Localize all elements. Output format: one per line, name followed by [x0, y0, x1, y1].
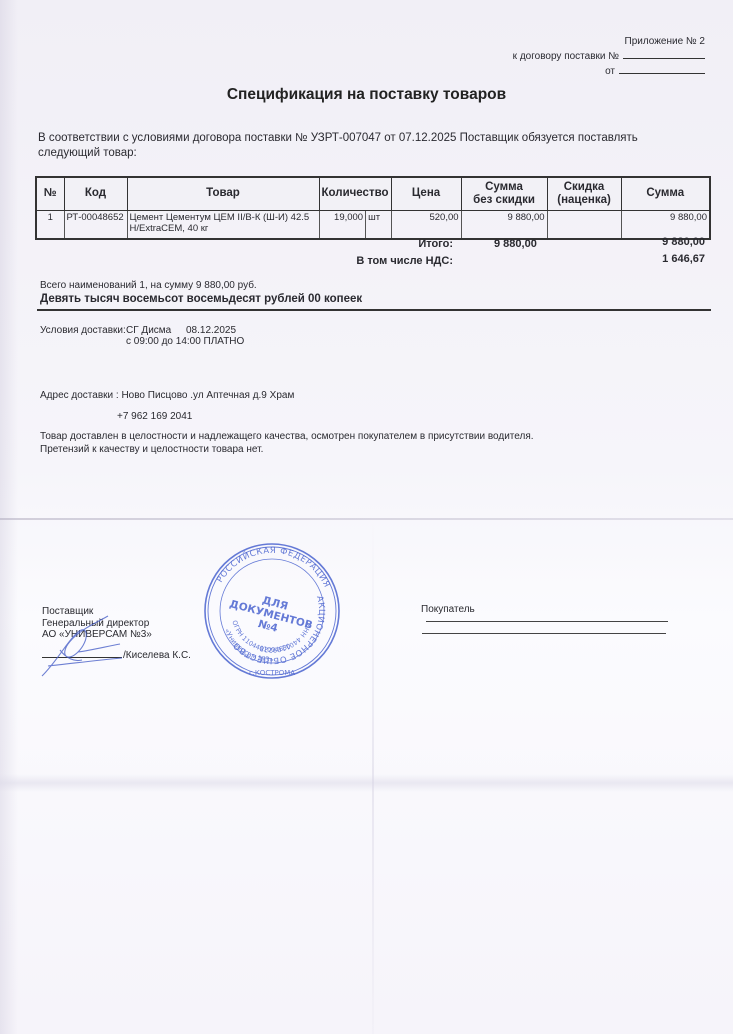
col-header-num: №: [36, 177, 64, 210]
specification-table: № Код Товар Количество Цена Суммабез ски…: [35, 176, 711, 240]
buyer-label: Покупатель: [421, 604, 475, 615]
cell-unit: шт: [366, 210, 391, 239]
paper-fold: [0, 774, 733, 792]
table-row: 1 РТ-00048652 Цемент Цементум ЦЕМ II/В-К…: [36, 210, 710, 239]
cell-code: РТ-00048652: [64, 210, 127, 239]
delivery-phone: +7 962 169 2041: [117, 411, 192, 422]
signature-scribble-icon: [38, 610, 148, 680]
col-header-discount: Скидка(наценка): [547, 177, 621, 210]
col-header-sum-no-discount: Суммабез скидки: [461, 177, 547, 210]
delivery-place: СГ Дисма: [126, 325, 171, 336]
contract-date-blank: [619, 64, 705, 74]
col-header-code: Код: [64, 177, 127, 210]
cell-sum: 9 880,00: [621, 210, 710, 239]
delivery-date: 08.12.2025: [186, 325, 236, 336]
col-header-sum: Сумма: [621, 177, 710, 210]
cell-price: 520,00: [391, 210, 461, 239]
col-header-price: Цена: [391, 177, 461, 210]
contract-number-line: к договору поставки №: [513, 49, 705, 64]
appendix-number: Приложение № 2: [513, 34, 705, 49]
total-no-discount: 9 880,00: [494, 238, 537, 250]
cell-discount: [547, 210, 621, 239]
amount-in-words: Девять тысяч восемьсот восемьдесят рубле…: [40, 293, 362, 305]
col-header-qty: Количество: [319, 177, 391, 210]
table-header-row: № Код Товар Количество Цена Суммабез ски…: [36, 177, 710, 210]
contract-date-line: от: [513, 64, 705, 79]
company-stamp-icon: РОССИЙСКАЯ ФЕДЕРАЦИЯ АКЦИОНЕРНОЕ ОБЩЕСТВ…: [203, 542, 341, 680]
delivery-time: с 09:00 до 14:00 ПЛАТНО: [126, 336, 244, 347]
cell-qty: 19,000: [319, 210, 366, 239]
delivery-address: Адрес доставки : Ново Писцово .ул Аптечн…: [40, 390, 294, 401]
total-sum: 9 880,00: [662, 236, 705, 248]
delivery-note: Товар доставлен в целостности и надлежащ…: [40, 431, 560, 456]
paper-fold: [372, 520, 374, 1034]
delivery-conditions-label: Условия доставки:: [40, 325, 126, 336]
appendix-header: Приложение № 2 к договору поставки № от: [513, 34, 705, 79]
svg-text:г.КОСТРОМА: г.КОСТРОМА: [249, 669, 295, 677]
cell-sum-no-discount: 9 880,00: [461, 210, 547, 239]
vat-value: 1 646,67: [662, 253, 705, 265]
paper-fold: [0, 518, 733, 520]
items-count-line: Всего наименований 1, на сумму 9 880,00 …: [40, 280, 257, 291]
buyer-signature-line: [426, 621, 668, 622]
col-header-item: Товар: [127, 177, 319, 210]
buyer-signature-line: [422, 633, 666, 634]
vat-label: В том числе НДС:: [356, 255, 453, 267]
divider: [37, 309, 711, 311]
svg-text:РОССИЙСКАЯ ФЕДЕРАЦИЯ: РОССИЙСКАЯ ФЕДЕРАЦИЯ: [215, 546, 332, 590]
cell-num: 1: [36, 210, 64, 239]
contract-number-blank: [623, 49, 705, 59]
document-title: Спецификация на поставку товаров: [0, 86, 733, 104]
cell-item: Цемент Цементум ЦЕМ II/В-К (Ш-И) 42.5 Н/…: [127, 210, 319, 239]
intro-text: В соответствии с условиями договора пост…: [38, 131, 678, 161]
total-label: Итого:: [418, 238, 453, 250]
